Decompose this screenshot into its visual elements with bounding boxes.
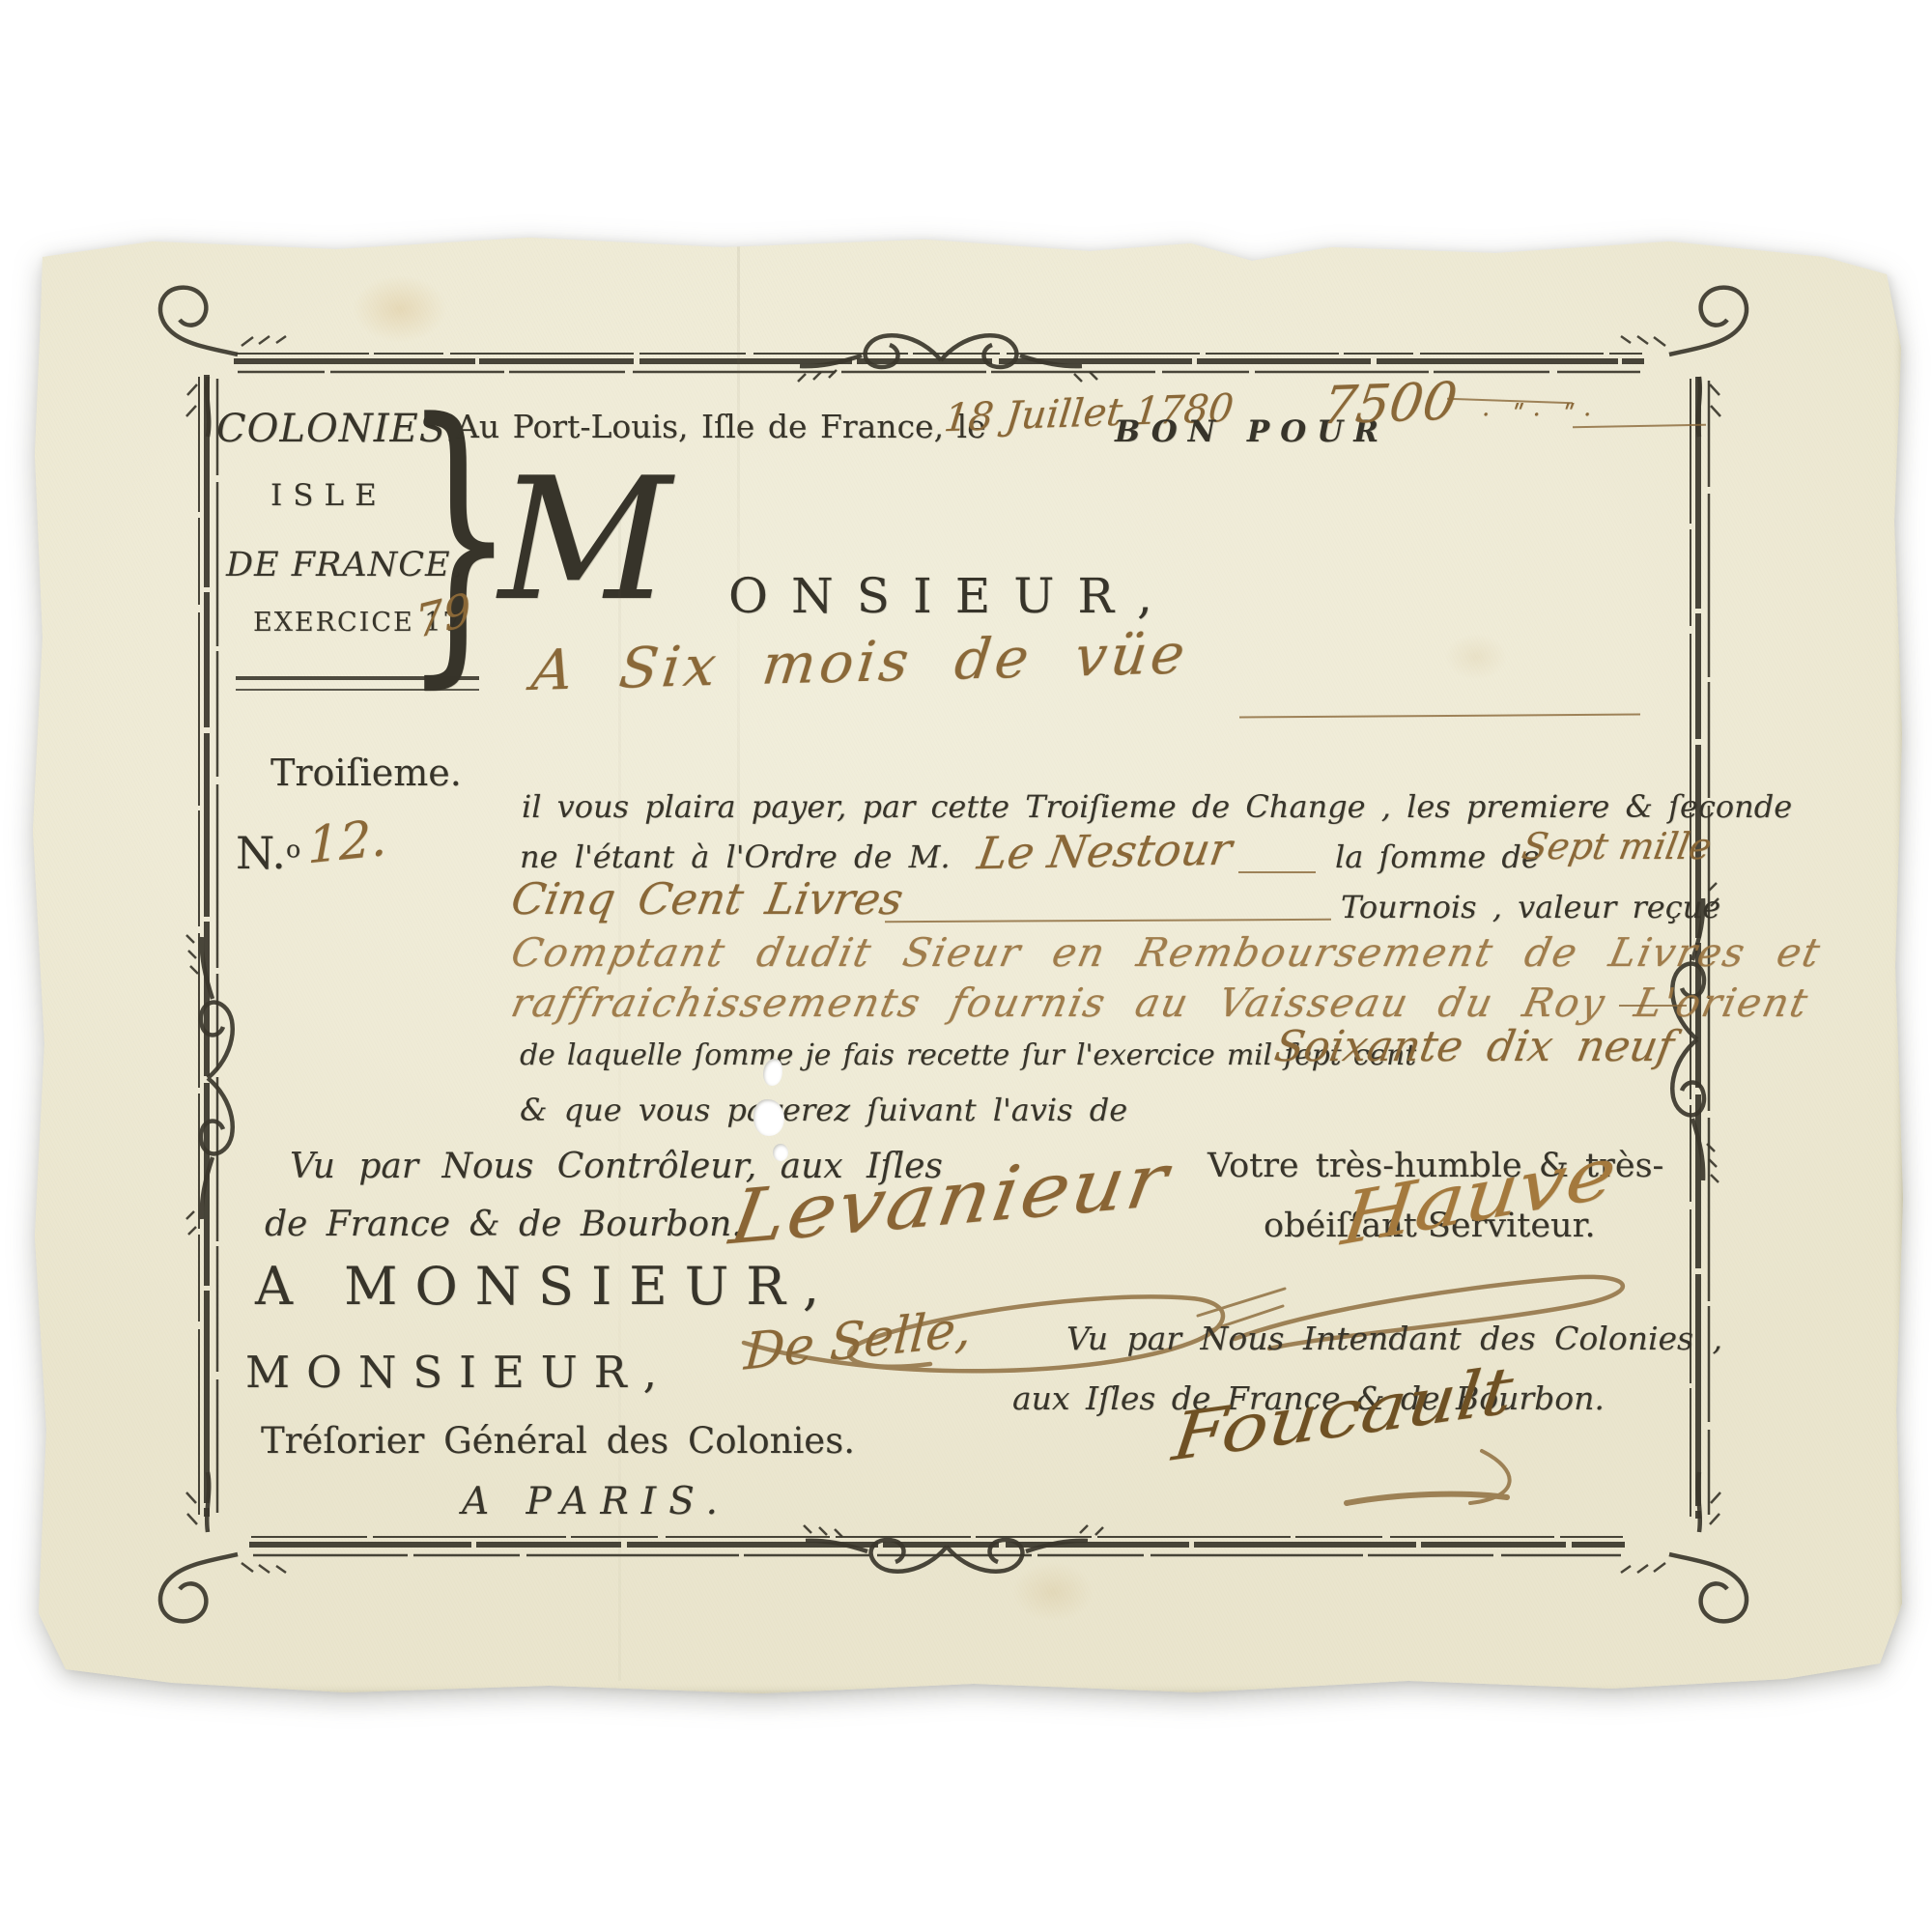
double-rule xyxy=(236,676,479,691)
consideration-handwritten-1: Comptant dudit Sieur en Remboursement de… xyxy=(507,931,1825,975)
copy-label: Troiſieme. xyxy=(270,753,462,794)
exercice-year-words-handwritten: Soixante dix neuf xyxy=(1271,1024,1677,1070)
body-line7-printed: & que vous payerez ſuivant l'avis de xyxy=(520,1094,1127,1127)
address-line1: A MONSIEUR, xyxy=(255,1258,837,1315)
number-sup: o xyxy=(286,836,300,864)
number-n: N. xyxy=(236,827,286,879)
mid-scroll-bottom xyxy=(804,1525,1103,1572)
address-line2: MONSIEUR, xyxy=(245,1349,673,1397)
body-line2-printed-a: ne l'étant à l'Ordre de M. xyxy=(520,840,951,874)
paper-wrapper: COLONIES. } ISLE DE FRANCE. EXERCICE 17 … xyxy=(27,232,1906,1695)
de-france-label: DE FRANCE. xyxy=(226,547,463,584)
payee-handwritten: Le Nestour xyxy=(975,825,1236,878)
consideration-dash xyxy=(1619,1005,1687,1007)
controller-line2: de France & de Bourbon. xyxy=(265,1206,743,1244)
body-line3-printed: Tournois , valeur reçue xyxy=(1341,891,1720,924)
bill-of-exchange-paper: COLONIES. } ISLE DE FRANCE. EXERCICE 17 … xyxy=(27,232,1906,1695)
number-label: N.o xyxy=(236,829,300,878)
monsieur-initial: M xyxy=(498,456,671,625)
address-line3: Tréſorier Général des Colonies. xyxy=(261,1422,855,1462)
consideration-handwritten-2: raffraichissements fournis au Vaisseau d… xyxy=(507,981,1813,1025)
paper-hole xyxy=(753,1099,784,1136)
isle-label: ISLE xyxy=(270,479,387,512)
scan-background: COLONIES. } ISLE DE FRANCE. EXERCICE 17 … xyxy=(0,0,1932,1932)
payee-dash xyxy=(1238,871,1316,873)
corner-scroll-bottom-right xyxy=(1621,1472,1747,1621)
paper-hole xyxy=(773,1144,788,1161)
amount-words-handwritten-2: Cinq Cent Livres xyxy=(508,875,907,923)
body-line1: il vous plaira payer, par cette Troiſiem… xyxy=(522,790,1792,824)
amount-words-handwritten-1: Sept mille xyxy=(1519,827,1715,867)
address-line4: A PARIS. xyxy=(462,1482,730,1523)
intendant-line1: Vu par Nous Intendant des Colonies , xyxy=(1066,1321,1722,1356)
monsieur-rest: ONSIEUR, xyxy=(728,570,1176,623)
amount-handwritten: 7500 xyxy=(1319,373,1461,435)
dateline-printed: Au Port-Louis, Iſle de France, le xyxy=(456,410,986,444)
number-handwritten: 12. xyxy=(307,811,386,875)
body-line2-printed-b: la ſomme de xyxy=(1335,840,1540,874)
